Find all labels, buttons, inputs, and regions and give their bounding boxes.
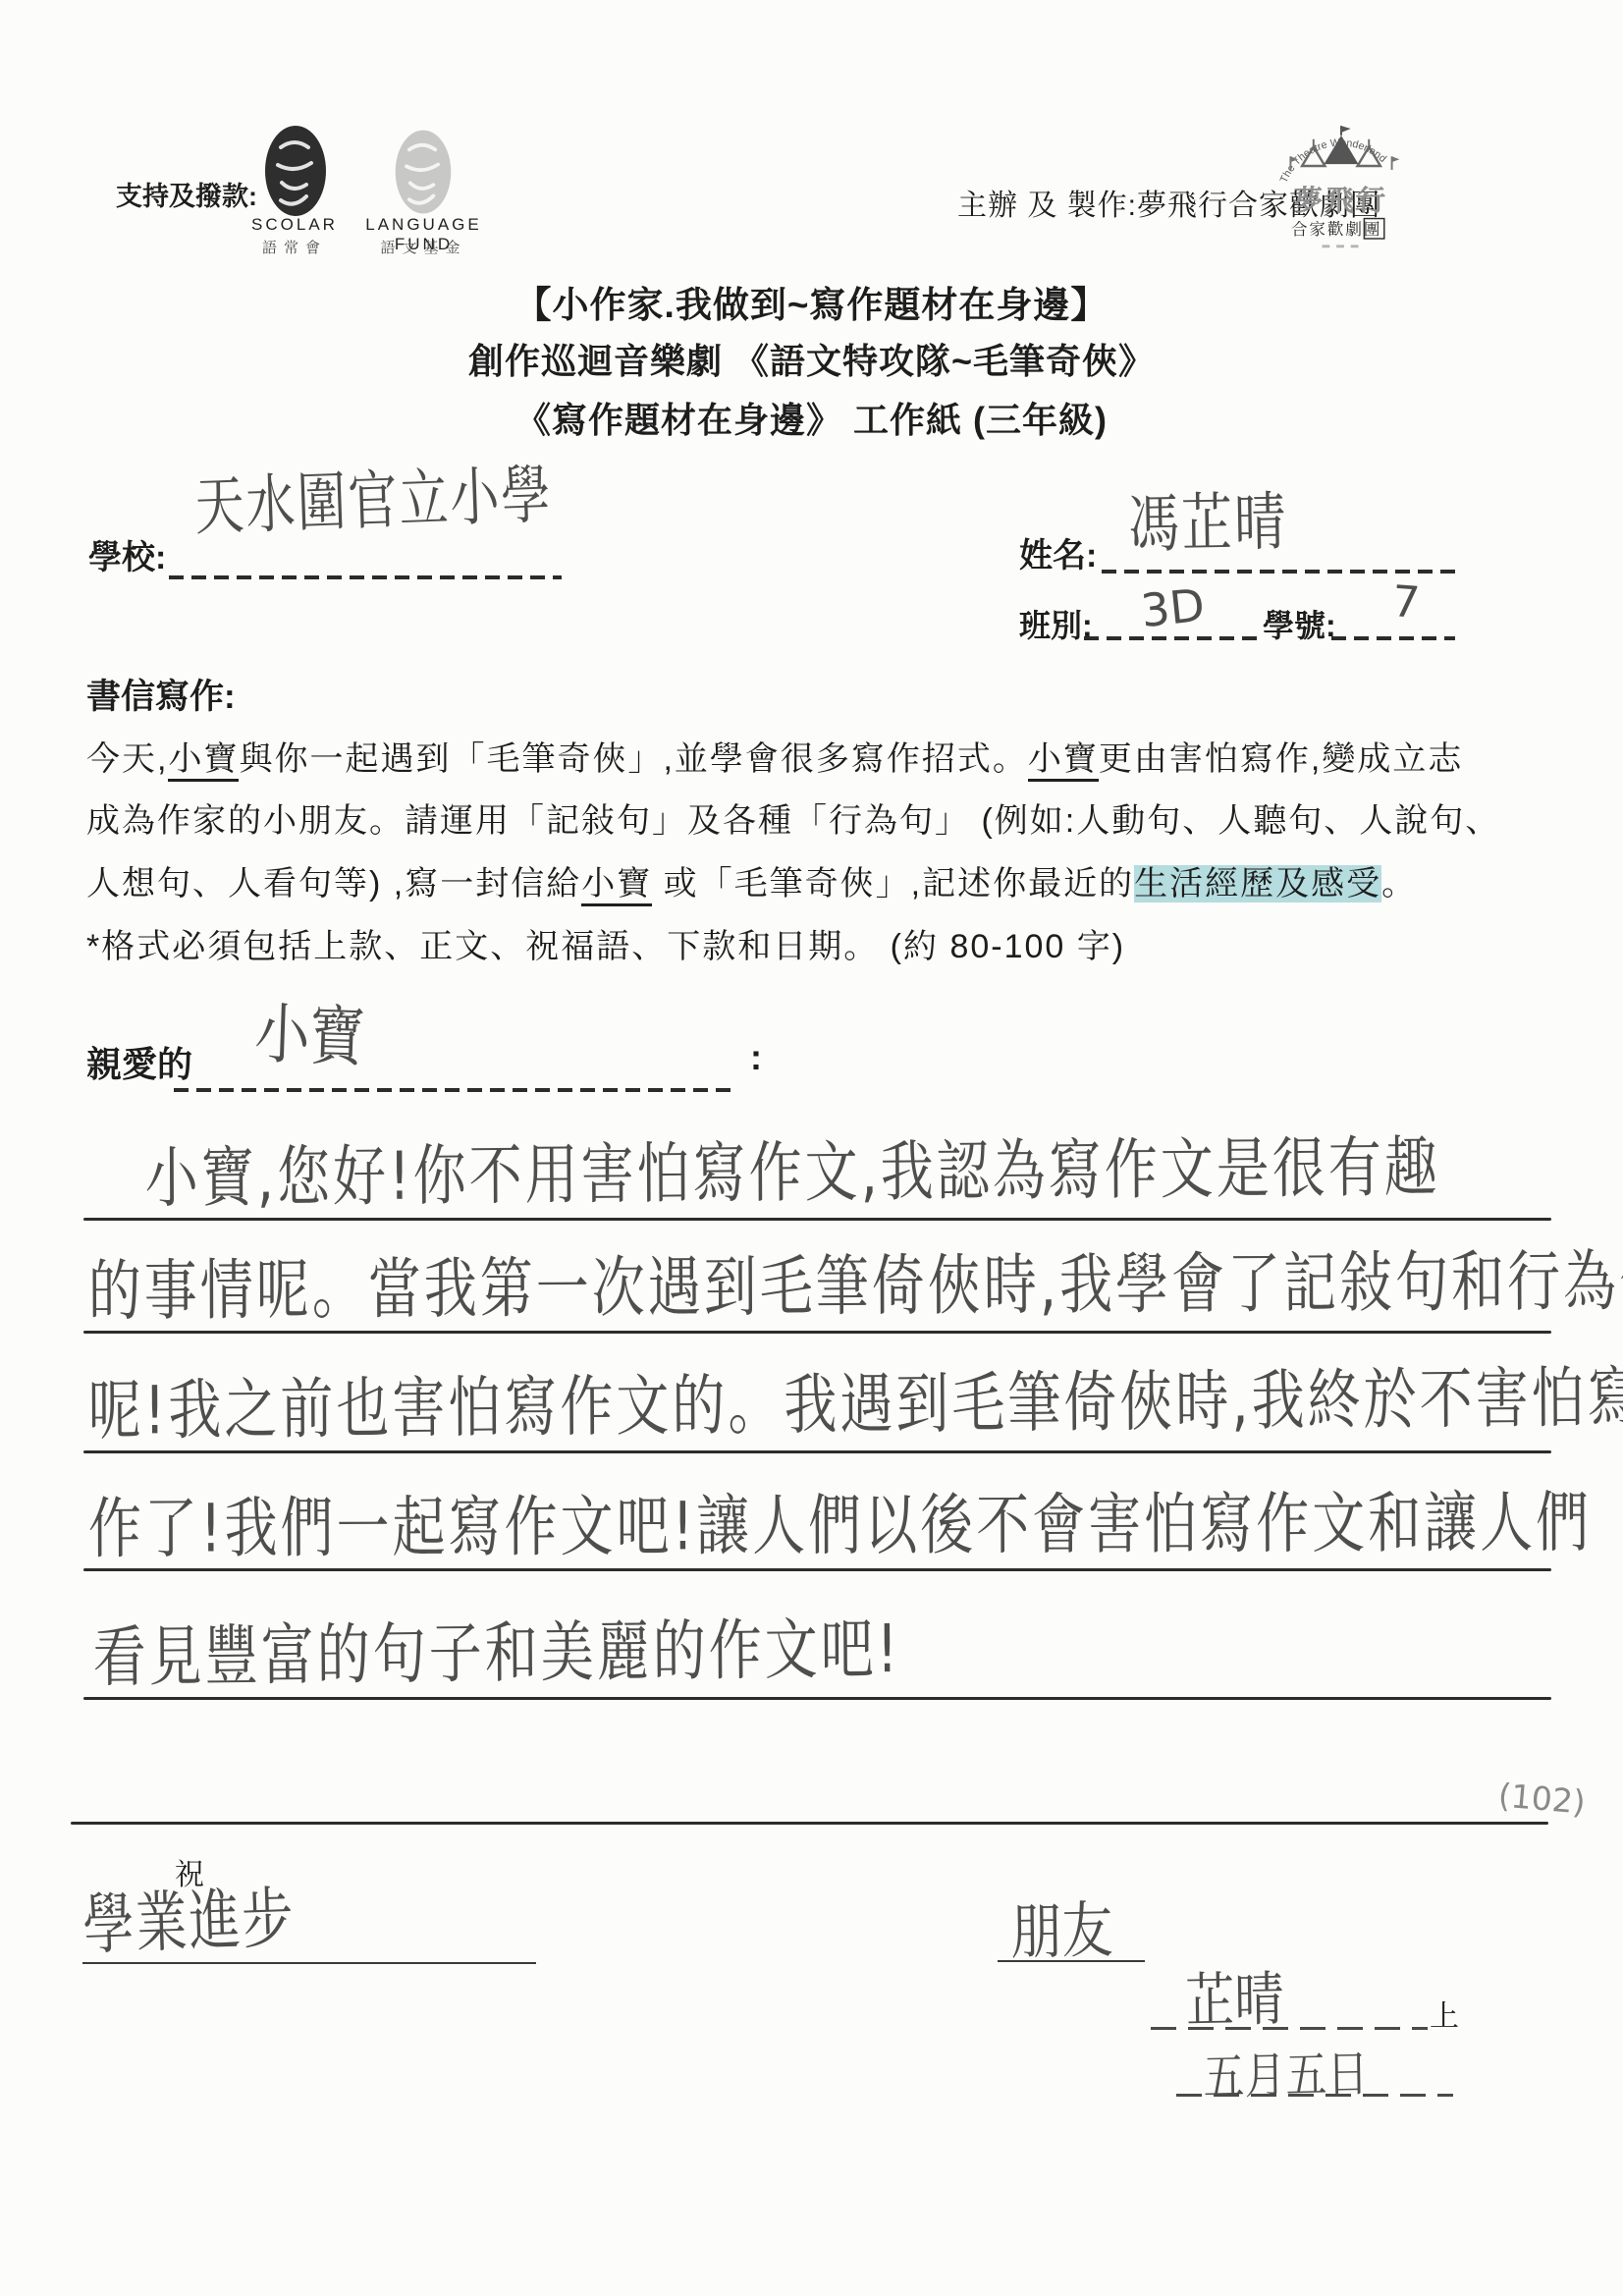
- student-number-blank-line: [1331, 636, 1455, 640]
- date-blank-line: [1176, 2094, 1453, 2097]
- scolar-name-cn: 語常會: [236, 237, 353, 257]
- underlined-character-name: 小寶: [1028, 740, 1099, 782]
- letter-body-line: 小寶,您好!你不用害怕寫作文,我認為寫作文是很有趣: [145, 1130, 1440, 1216]
- highlighted-topic-text: 生活經歷及感受: [1134, 865, 1381, 902]
- school-label: 學校:: [88, 530, 166, 578]
- support-funding-label: 支持及撥款:: [116, 175, 257, 213]
- instruction-line-4: *格式必須包括上款、正文、祝福語、下款和日期。 (約 80-100 字): [86, 919, 1125, 967]
- name-label: 姓名:: [1019, 528, 1097, 576]
- wish-handwritten-value: 學業進步: [81, 1864, 297, 1967]
- scolar-seal-icon: [261, 124, 330, 218]
- language-fund-name-cn: 語文基金: [338, 237, 510, 257]
- worksheet-title-line3: 《寫作題材在身邊》 工作紙 (三年級): [0, 393, 1623, 443]
- ruled-line: [83, 1450, 1551, 1453]
- name-blank-line: [1102, 570, 1455, 574]
- instruction-text: 更由害怕寫作,變成立志: [1099, 740, 1463, 778]
- ruled-line: [71, 1822, 1548, 1825]
- name-handwritten-value: 馮芷晴: [1127, 469, 1288, 565]
- word-count-annotation: (102): [1496, 1776, 1587, 1822]
- letter-writing-heading: 書信寫作:: [86, 670, 236, 719]
- letter-body-line: 作了!我們一起寫作文吧!讓人們以後不會害怕寫作文和讓人們: [88, 1486, 1592, 1566]
- worksheet-title-line1: 【小作家.我做到~寫作題材在身邊】: [0, 275, 1623, 328]
- letter-body-line: 看見豐富的句子和美麗的作文吧!: [92, 1613, 900, 1695]
- class-label: 班別:: [1019, 601, 1093, 646]
- class-handwritten-value: 3D: [1138, 578, 1207, 637]
- signature-handwritten-value: 芷晴: [1185, 1952, 1284, 2039]
- instruction-line-2: 成為作家的小朋友。請運用「記敍句」及各種「行為句」 (例如:人動句、人聽句、人說…: [86, 793, 1500, 842]
- student-number-handwritten-value: 7: [1390, 576, 1421, 629]
- scolar-name: SCOLAR: [236, 215, 353, 235]
- wish-blank-line: [82, 1962, 536, 1964]
- ruled-line: [83, 1218, 1551, 1221]
- relation-handwritten-value: 朋友: [1010, 1881, 1113, 1971]
- salutation-colon: :: [750, 1037, 762, 1078]
- language-fund-seal-icon: [391, 126, 456, 218]
- letter-body-line: 的事情呢。當我第一次遇到毛筆倚俠時,我學會了記敍句和行為句: [88, 1244, 1623, 1329]
- theatre-wonderland-logo: The Theatre Wonderland 夢飛行 合家歡劇團: [1270, 110, 1413, 259]
- ruled-line: [83, 1568, 1551, 1571]
- student-number-label: 學號:: [1263, 601, 1336, 646]
- school-blank-line: [169, 575, 562, 579]
- instruction-text: *格式必須包括上款、正文、祝福語、下款和日期。 (約 80-100 字): [86, 928, 1125, 965]
- date-handwritten-value: 五月五日: [1203, 2035, 1369, 2109]
- salutation-blank-line: [174, 1088, 738, 1092]
- troupe-name-cn: 夢飛行: [1294, 185, 1388, 217]
- worksheet-title-line2: 創作巡迴音樂劇 《語文特攻隊~毛筆奇俠》: [0, 334, 1623, 384]
- salutation-handwritten-value: 小寶: [253, 982, 366, 1080]
- salutation-label: 親愛的: [86, 1037, 192, 1087]
- school-handwritten-value: 天水圍官立小學: [193, 444, 554, 548]
- instruction-text: 或「毛筆奇俠」,記述你最近的: [652, 865, 1134, 902]
- instruction-text: 與你一起遇到「毛筆奇俠」,並學會很多寫作招式。: [239, 740, 1027, 778]
- class-blank-line: [1084, 636, 1259, 640]
- ruled-line: [83, 1331, 1551, 1334]
- relation-blank-line: [998, 1960, 1145, 1962]
- signature-blank-line: [1151, 2027, 1428, 2030]
- letter-body-line: 呢!我之前也害怕寫作文的。我遇到毛筆倚俠時,我終於不害怕寫: [88, 1361, 1623, 1449]
- ruled-line: [83, 1697, 1551, 1700]
- instruction-line-1: 今天,小寶與你一起遇到「毛筆奇俠」,並學會很多寫作招式。小寶更由害怕寫作,變成立…: [86, 732, 1463, 780]
- underlined-character-name: 小寶: [168, 740, 239, 782]
- underlined-character-name: 小寶: [581, 865, 652, 906]
- instruction-text: 。: [1381, 865, 1417, 902]
- instruction-text: 今天,: [86, 740, 168, 778]
- instruction-text: 人想句、人看句等) ,寫一封信給: [86, 865, 581, 902]
- troupe-subtitle-cn: 合家歡劇團: [1291, 220, 1381, 239]
- instruction-line-3: 人想句、人看句等) ,寫一封信給小寶 或「毛筆奇俠」,記述你最近的生活經歷及感受…: [86, 856, 1417, 904]
- worksheet-page: 支持及撥款: SCOLAR 語常會 LANGUAGE FUND 語文基金 主辦 …: [0, 0, 1623, 2296]
- instruction-text: 成為作家的小朋友。請運用「記敍句」及各種「行為句」 (例如:人動句、人聽句、人說…: [86, 802, 1500, 840]
- signature-suffix-label: 上: [1430, 1992, 1459, 2035]
